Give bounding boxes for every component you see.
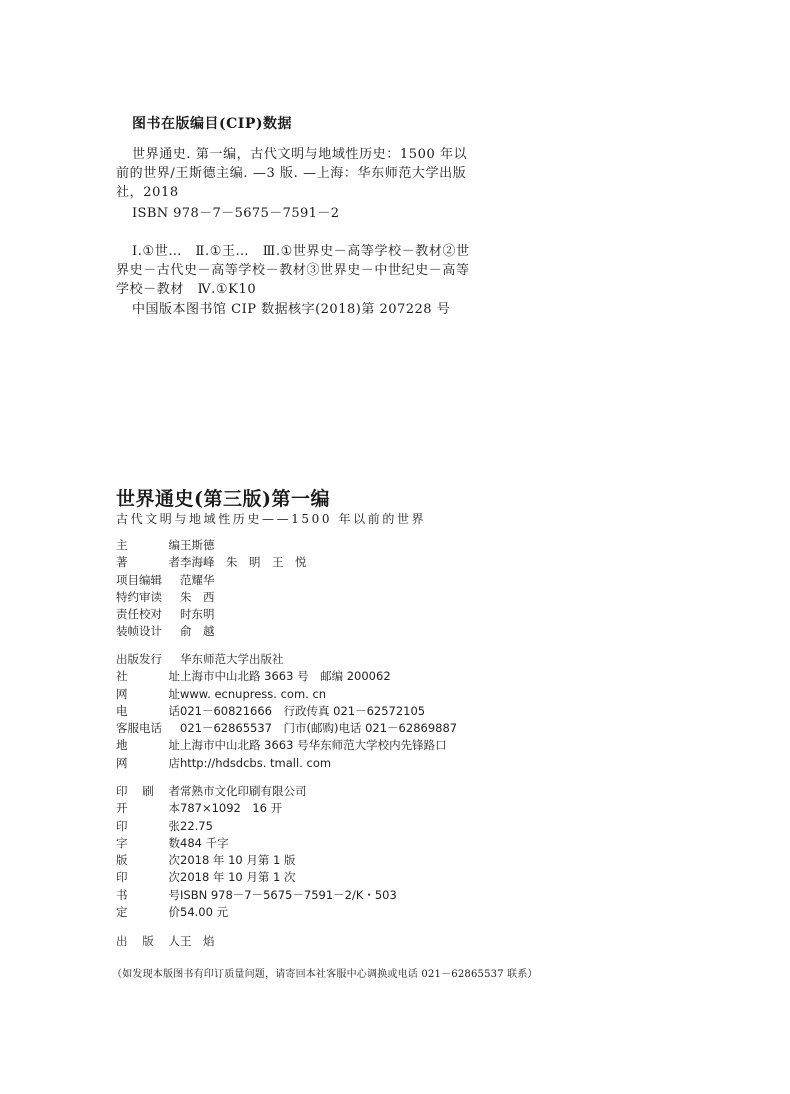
info-row: 定价54.00 元 — [116, 904, 397, 921]
info-row: 主编王斯德 — [116, 537, 307, 554]
issuer-list: 出版人王 焰 — [116, 933, 215, 950]
info-label: 网店 — [116, 755, 180, 772]
info-row: 网店http://hdsdcbs. tmall. com — [116, 755, 457, 772]
info-label: 版次 — [116, 852, 180, 869]
info-value: 2018 年 10 月第 1 版 — [180, 852, 296, 869]
info-row: 开本787×1092 16 开 — [116, 800, 397, 817]
info-row: 印张22.75 — [116, 818, 397, 835]
info-row: 电话021－60821666 行政传真 021－62572105 — [116, 703, 457, 720]
info-label: 主编 — [116, 537, 180, 554]
info-value: 787×1092 16 开 — [180, 800, 282, 817]
info-row: 印刷者常熟市文化印刷有限公司 — [116, 783, 397, 800]
info-value: 54.00 元 — [180, 904, 228, 921]
info-label: 出版发行 — [116, 651, 180, 668]
info-value: 2018 年 10 月第 1 次 — [180, 869, 296, 886]
info-row: 出版发行华东师范大学出版社 — [116, 651, 457, 668]
publisher-info-list: 出版发行华东师范大学出版社社址上海市中山北路 3663 号 邮编 200062网… — [116, 651, 457, 772]
info-value: 时东明 — [180, 606, 215, 623]
info-label: 印刷者 — [116, 783, 180, 800]
info-label: 客服电话 — [116, 720, 180, 737]
credits-list: 主编王斯德著者李海峰 朱 明 王 悦项目编辑范耀华特约审读朱 西责任校对时东明装… — [116, 537, 307, 641]
info-label: 开本 — [116, 800, 180, 817]
info-label: 项目编辑 — [116, 572, 180, 589]
info-value: 朱 西 — [180, 589, 215, 606]
info-label: 电话 — [116, 703, 180, 720]
info-label: 印张 — [116, 818, 180, 835]
info-row: 客服电话021－62865537 门市(邮购)电话 021－62869887 — [116, 720, 457, 737]
info-value: www. ecnupress. com. cn — [180, 686, 326, 703]
info-value: 王 焰 — [180, 933, 215, 950]
info-value: 021－60821666 行政传真 021－62572105 — [180, 703, 425, 720]
info-label: 书号 — [116, 887, 180, 904]
info-value: 上海市中山北路 3663 号华东师范大学校内先锋路口 — [180, 737, 447, 754]
info-label: 社址 — [116, 668, 180, 685]
info-value: 22.75 — [180, 818, 213, 835]
info-row: 地址上海市中山北路 3663 号华东师范大学校内先锋路口 — [116, 737, 457, 754]
info-row: 特约审读朱 西 — [116, 589, 307, 606]
info-value: ISBN 978－7－5675－7591－2/K・503 — [180, 887, 397, 904]
info-label: 印次 — [116, 869, 180, 886]
info-row: 出版人王 焰 — [116, 933, 215, 950]
info-value: 俞 越 — [180, 623, 215, 640]
book-title: 世界通史(第三版)第一编 — [116, 484, 330, 511]
info-value: 王斯德 — [180, 537, 215, 554]
book-subtitle: 古代文明与地域性历史——1500 年以前的世界 — [116, 510, 426, 527]
info-label: 装帧设计 — [116, 623, 180, 640]
cip-classification: Ⅰ.①世… Ⅱ.①王… Ⅲ.①世界史－高等学校－教材②世界史－古代史－高等学校－… — [116, 242, 472, 299]
info-value: 李海峰 朱 明 王 悦 — [180, 554, 307, 571]
cip-entry: 世界通史. 第一编，古代文明与地域性历史：1500 年以前的世界/王斯德主编. … — [116, 145, 472, 202]
info-row: 著者李海峰 朱 明 王 悦 — [116, 554, 307, 571]
cip-isbn: ISBN 978－7－5675－7591－2 — [132, 202, 339, 221]
cip-record-number: 中国版本图书馆 CIP 数据核字(2018)第 207228 号 — [132, 298, 450, 317]
info-label: 网址 — [116, 686, 180, 703]
info-row: 印次2018 年 10 月第 1 次 — [116, 869, 397, 886]
info-value: 484 千字 — [180, 835, 229, 852]
info-value: 021－62865537 门市(邮购)电话 021－62869887 — [180, 720, 457, 737]
info-value: 范耀华 — [180, 572, 215, 589]
info-value: 上海市中山北路 3663 号 邮编 200062 — [180, 668, 391, 685]
info-row: 字数484 千字 — [116, 835, 397, 852]
info-row: 责任校对时东明 — [116, 606, 307, 623]
cip-heading: 图书在版编目(CIP)数据 — [132, 113, 292, 133]
printing-info-list: 印刷者常熟市文化印刷有限公司开本787×1092 16 开印张22.75字数48… — [116, 783, 397, 921]
info-row: 书号ISBN 978－7－5675－7591－2/K・503 — [116, 887, 397, 904]
info-row: 项目编辑范耀华 — [116, 572, 307, 589]
info-label: 地址 — [116, 737, 180, 754]
info-label: 定价 — [116, 904, 180, 921]
info-value: 华东师范大学出版社 — [180, 651, 284, 668]
info-row: 网址www. ecnupress. com. cn — [116, 686, 457, 703]
info-row: 社址上海市中山北路 3663 号 邮编 200062 — [116, 668, 457, 685]
info-label: 著者 — [116, 554, 180, 571]
info-row: 装帧设计俞 越 — [116, 623, 307, 640]
info-label: 特约审读 — [116, 589, 180, 606]
info-row: 版次2018 年 10 月第 1 版 — [116, 852, 397, 869]
info-label: 字数 — [116, 835, 180, 852]
info-value: http://hdsdcbs. tmall. com — [180, 755, 331, 772]
info-label: 责任校对 — [116, 606, 180, 623]
info-value: 常熟市文化印刷有限公司 — [180, 783, 307, 800]
quality-notice: （如发现本版图书有印订质量问题，请寄回本社客服中心调换或电话 021－62865… — [112, 965, 538, 980]
info-label: 出版人 — [116, 933, 180, 950]
